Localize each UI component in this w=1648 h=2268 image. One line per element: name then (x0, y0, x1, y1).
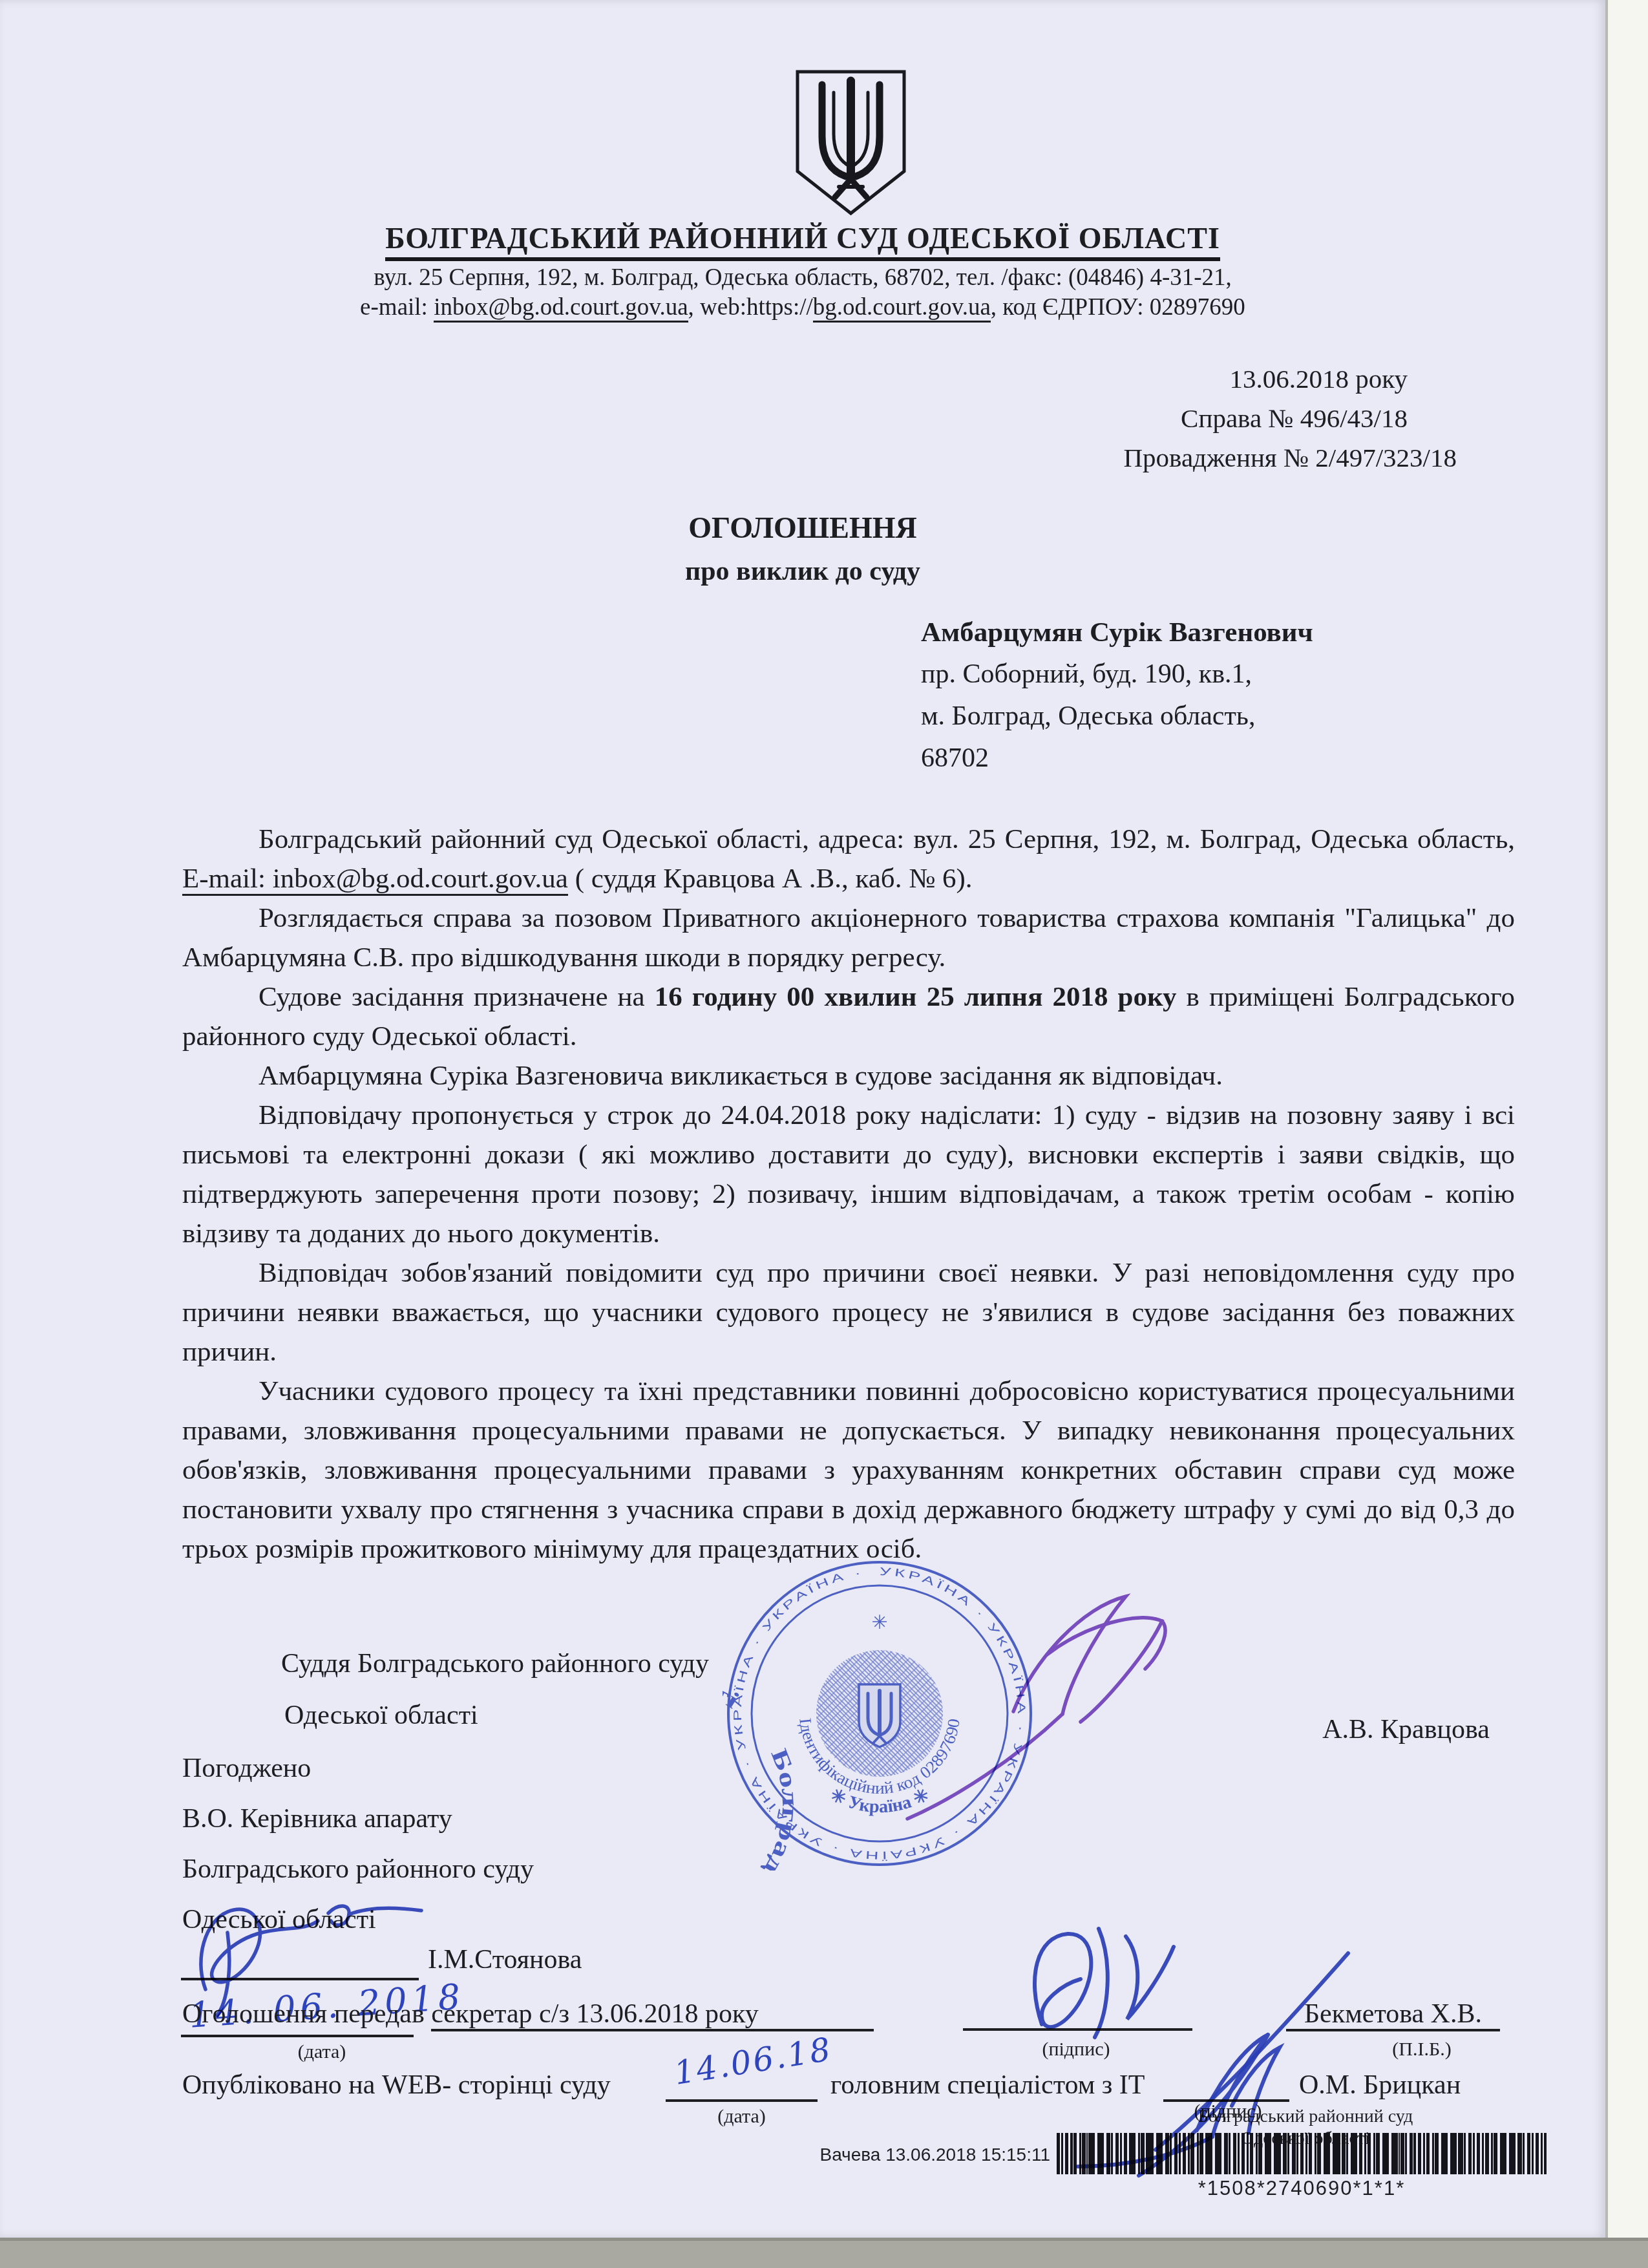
header-address-line: вул. 25 Серпня, 192, м. Болград, Одеська… (43, 264, 1563, 291)
svg-text:УКРАЇНА · УКРАЇНА · УКРАЇН: УКРАЇНА · УКРАЇНА · УКРАЇНА · УКРАЇНА · … (732, 1565, 1028, 1862)
svg-text:Болградський районний суд Одес: Болградський районний суд Одеської облас… (723, 1668, 803, 1871)
paragraph-response-deadline: Відповідачу пропонується у строк до 24.0… (182, 1096, 1515, 1253)
name-caption-secretary: (П.І.Б.) (1370, 2039, 1474, 2061)
hearing-datetime: 16 годину 00 хвилин 25 липня 2018 року (655, 982, 1177, 1012)
publish-middle: головним спеціалістом з ІТ (830, 2070, 1145, 2101)
stamp-ring-main: Болградський районний суд Одеської облас… (723, 1668, 803, 1871)
addressee-block: Амбарцумян Сурік Вазгенович пр. Соборний… (921, 611, 1313, 779)
paragraph-absence-notice: Відповідач зобов'язаний повідомити суд п… (182, 1253, 1515, 1372)
case-info-block: 13.06.2018 року Справа № 496/43/18 Прова… (1123, 359, 1457, 478)
svg-text:✳ Україна ✳: ✳ Україна ✳ (827, 1785, 933, 1817)
ukraine-trident-emblem (792, 69, 909, 217)
transfer-line: Оголошення передав секретар с/з 13.06.20… (182, 1998, 874, 2030)
it-specialist-name: О.М. Брицкан (1299, 2070, 1461, 2101)
scan-operator-label: Вачева 13.06.2018 15:15:11 (818, 2145, 1050, 2165)
paragraph-case-subject: Розглядається справа за позовом Приватно… (182, 898, 1515, 977)
judge-name: А.В. Кравцова (1276, 1714, 1490, 1745)
date-caption-publish: (дата) (666, 2106, 818, 2128)
court-web: bg.od.court.gov.ua (813, 294, 991, 323)
document-subtitle: про виклик до суду (43, 556, 1563, 587)
stamp-ring-outer: УКРАЇНА · УКРАЇНА · УКРАЇНА · УКРАЇНА · … (732, 1565, 1028, 1862)
svg-text:Ідентифікаційний код 02897690: Ідентифікаційний код 02897690 (796, 1717, 964, 1797)
stamp-shield (859, 1684, 900, 1747)
court-round-stamp: УКРАЇНА · УКРАЇНА · УКРАЇНА · УКРАЇНА · … (723, 1556, 1037, 1871)
addressee-zip: 68702 (921, 737, 1313, 779)
barcode (1057, 2133, 1547, 2174)
paragraph-hearing: Судове засідання призначене на 16 годину… (182, 977, 1515, 1056)
chief-title-line3: Одеської області (182, 1904, 376, 1935)
publish-prefix: Опубліковано на WEB- сторінці суду (182, 2070, 611, 2101)
document-body: Болградський районний суд Одеської облас… (182, 820, 1515, 1569)
paper-sheet: БОЛГРАДСЬКИЙ РАЙОННИЙ СУД ОДЕСЬКОЇ ОБЛАС… (0, 0, 1605, 2238)
paragraph-procedural-duties: Учасники судового процесу та їхні предст… (182, 1372, 1515, 1569)
stamp-country-label: ✳ Україна ✳ (827, 1785, 933, 1817)
header-contact-line: e-mail: inbox@bg.od.court.gov.ua, web:ht… (43, 293, 1563, 321)
barcode-text: *1508*2740690*1*1* (1057, 2177, 1547, 2200)
judge-title-line2: Одеської області (284, 1700, 478, 1731)
chief-name: І.М.Стоянова (428, 1944, 582, 1975)
chief-date-line (181, 2035, 414, 2037)
secretary-signature-line (963, 2028, 1192, 2031)
document-title: ОГОЛОШЕННЯ (43, 511, 1563, 545)
stamp-shield-trident (868, 1691, 891, 1743)
document-date: 13.06.2018 року (1123, 359, 1408, 399)
paragraph-court-address: Болградський районний суд Одеської облас… (182, 820, 1515, 898)
court-email: inbox@bg.od.court.gov.ua (434, 294, 688, 323)
scan-edge-right (1605, 0, 1648, 2238)
addressee-name: Амбарцумян Сурік Вазгенович (921, 611, 1313, 653)
contact-suffix: , код ЄДРПОУ: 02897690 (991, 294, 1245, 321)
stamp-ring-inner: Ідентифікаційний код 02897690 (796, 1717, 964, 1797)
judge-title-line1: Суддя Болградського районного суду (281, 1648, 709, 1679)
proceeding-number: Провадження № 2/497/323/18 (1123, 438, 1457, 478)
chief-title-line2: Болградського районного суду (182, 1854, 534, 1885)
court-name-text: БОЛГРАДСЬКИЙ РАЙОННИЙ СУД ОДЕСЬКОЇ ОБЛАС… (385, 222, 1220, 261)
judge-signature-scribble (907, 1596, 1165, 1819)
case-number: Справа № 496/43/18 (1123, 399, 1408, 438)
agreed-label: Погоджено (182, 1753, 311, 1784)
sign-caption-secretary: (підпис) (1011, 2039, 1141, 2061)
chief-title-line1: В.О. Керівника апарату (182, 1803, 452, 1834)
paragraph-summons: Амбарцумяна Суріка Вазгеновича викликаєт… (182, 1056, 1515, 1096)
scanned-court-document: БОЛГРАДСЬКИЙ РАЙОННИЙ СУД ОДЕСЬКОЇ ОБЛАС… (0, 0, 1648, 2268)
stamp-top-star: ✳ (871, 1612, 887, 1633)
publish-date-line (666, 2099, 818, 2102)
paragraph-email-underlined: E-mail: inbox@bg.od.court.gov.ua (182, 864, 568, 896)
handwritten-date-publish: 14.06.18 (671, 2030, 835, 2092)
chief-signature-line (181, 1978, 419, 1980)
transfer-secretary-underlined: секретар с/з 13.06.2018 року (431, 1999, 874, 2031)
contact-mid: , web:https:// (688, 294, 813, 321)
header-court-name: БОЛГРАДСЬКИЙ РАЙОННИЙ СУД ОДЕСЬКОЇ ОБЛАС… (43, 221, 1563, 255)
contact-prefix: e-mail: (360, 294, 434, 321)
addressee-city: м. Болград, Одеська область, (921, 695, 1313, 737)
date-caption-chief: (дата) (270, 2041, 374, 2063)
secretary-name: Бекметова Х.В. (1286, 1998, 1500, 2030)
addressee-street: пр. Соборний, буд. 190, кв.1, (921, 653, 1313, 695)
scan-edge-bottom (0, 2238, 1648, 2268)
